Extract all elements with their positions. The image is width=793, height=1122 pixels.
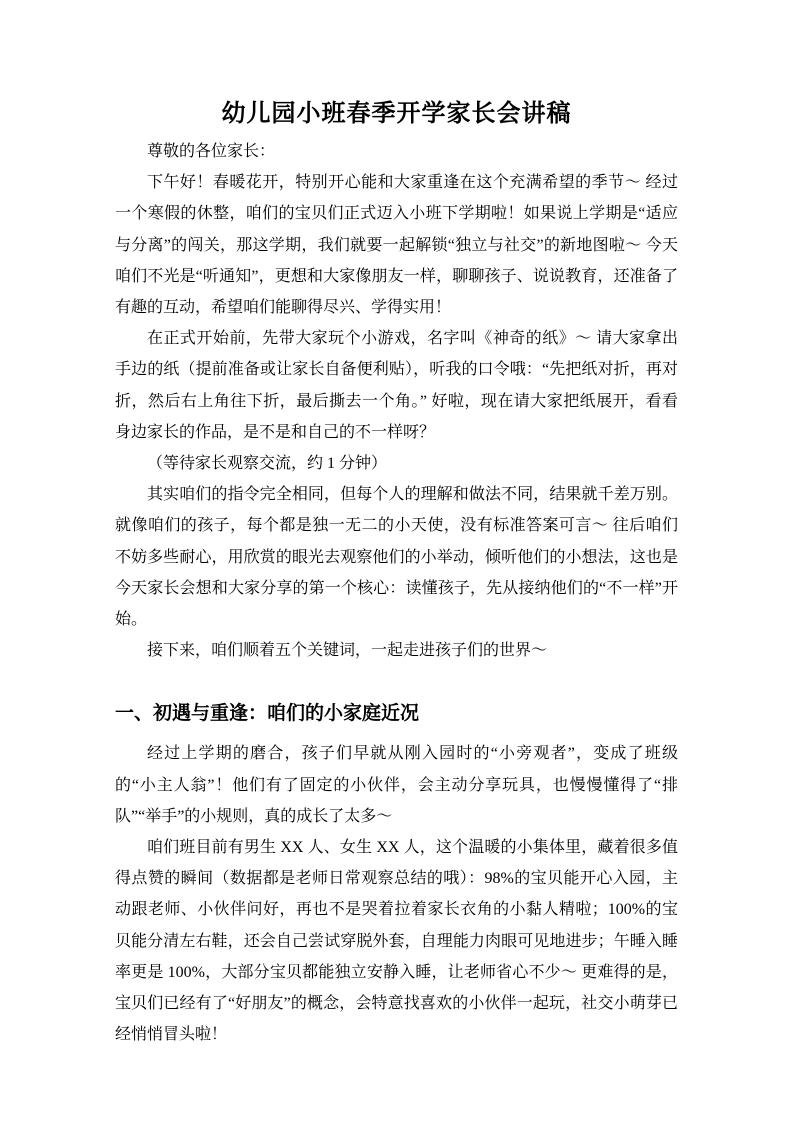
section-1-paragraph-2: 咱们班目前有男生 XX 人、女生 XX 人，这个温暖的小集体里，藏着很多值得点赞… xyxy=(115,832,678,1050)
intro-paragraph-2: 在正式开始前，先带大家玩个小游戏，名字叫《神奇的纸》～ 请大家拿出手边的纸（提前… xyxy=(115,323,678,448)
stage-direction-note: （等待家长观察交流，约 1 分钟） xyxy=(115,448,678,479)
intro-paragraph-5: 接下来，咱们顺着五个关键词，一起走进孩子们的世界～ xyxy=(115,635,678,666)
section-1-paragraph-1: 经过上学期的磨合，孩子们早就从刚入园时的“小旁观者”，变成了班级的“小主人翁”！… xyxy=(115,738,678,832)
intro-paragraph-1: 下午好！春暖花开，特别开心能和大家重逢在这个充满希望的季节～ 经过一个寒假的休整… xyxy=(115,167,678,323)
intro-paragraph-4: 其实咱们的指令完全相同，但每个人的理解和做法不同，结果就千差万别。就像咱们的孩子… xyxy=(115,479,678,635)
section-1-heading: 一、初遇与重逢：咱们的小家庭近况 xyxy=(115,694,678,734)
salutation-line: 尊敬的各位家长： xyxy=(115,136,678,167)
document-title: 幼儿园小班春季开学家长会讲稿 xyxy=(115,97,678,130)
document-page: 幼儿园小班春季开学家长会讲稿 尊敬的各位家长： 下午好！春暖花开，特别开心能和大… xyxy=(0,0,793,1122)
